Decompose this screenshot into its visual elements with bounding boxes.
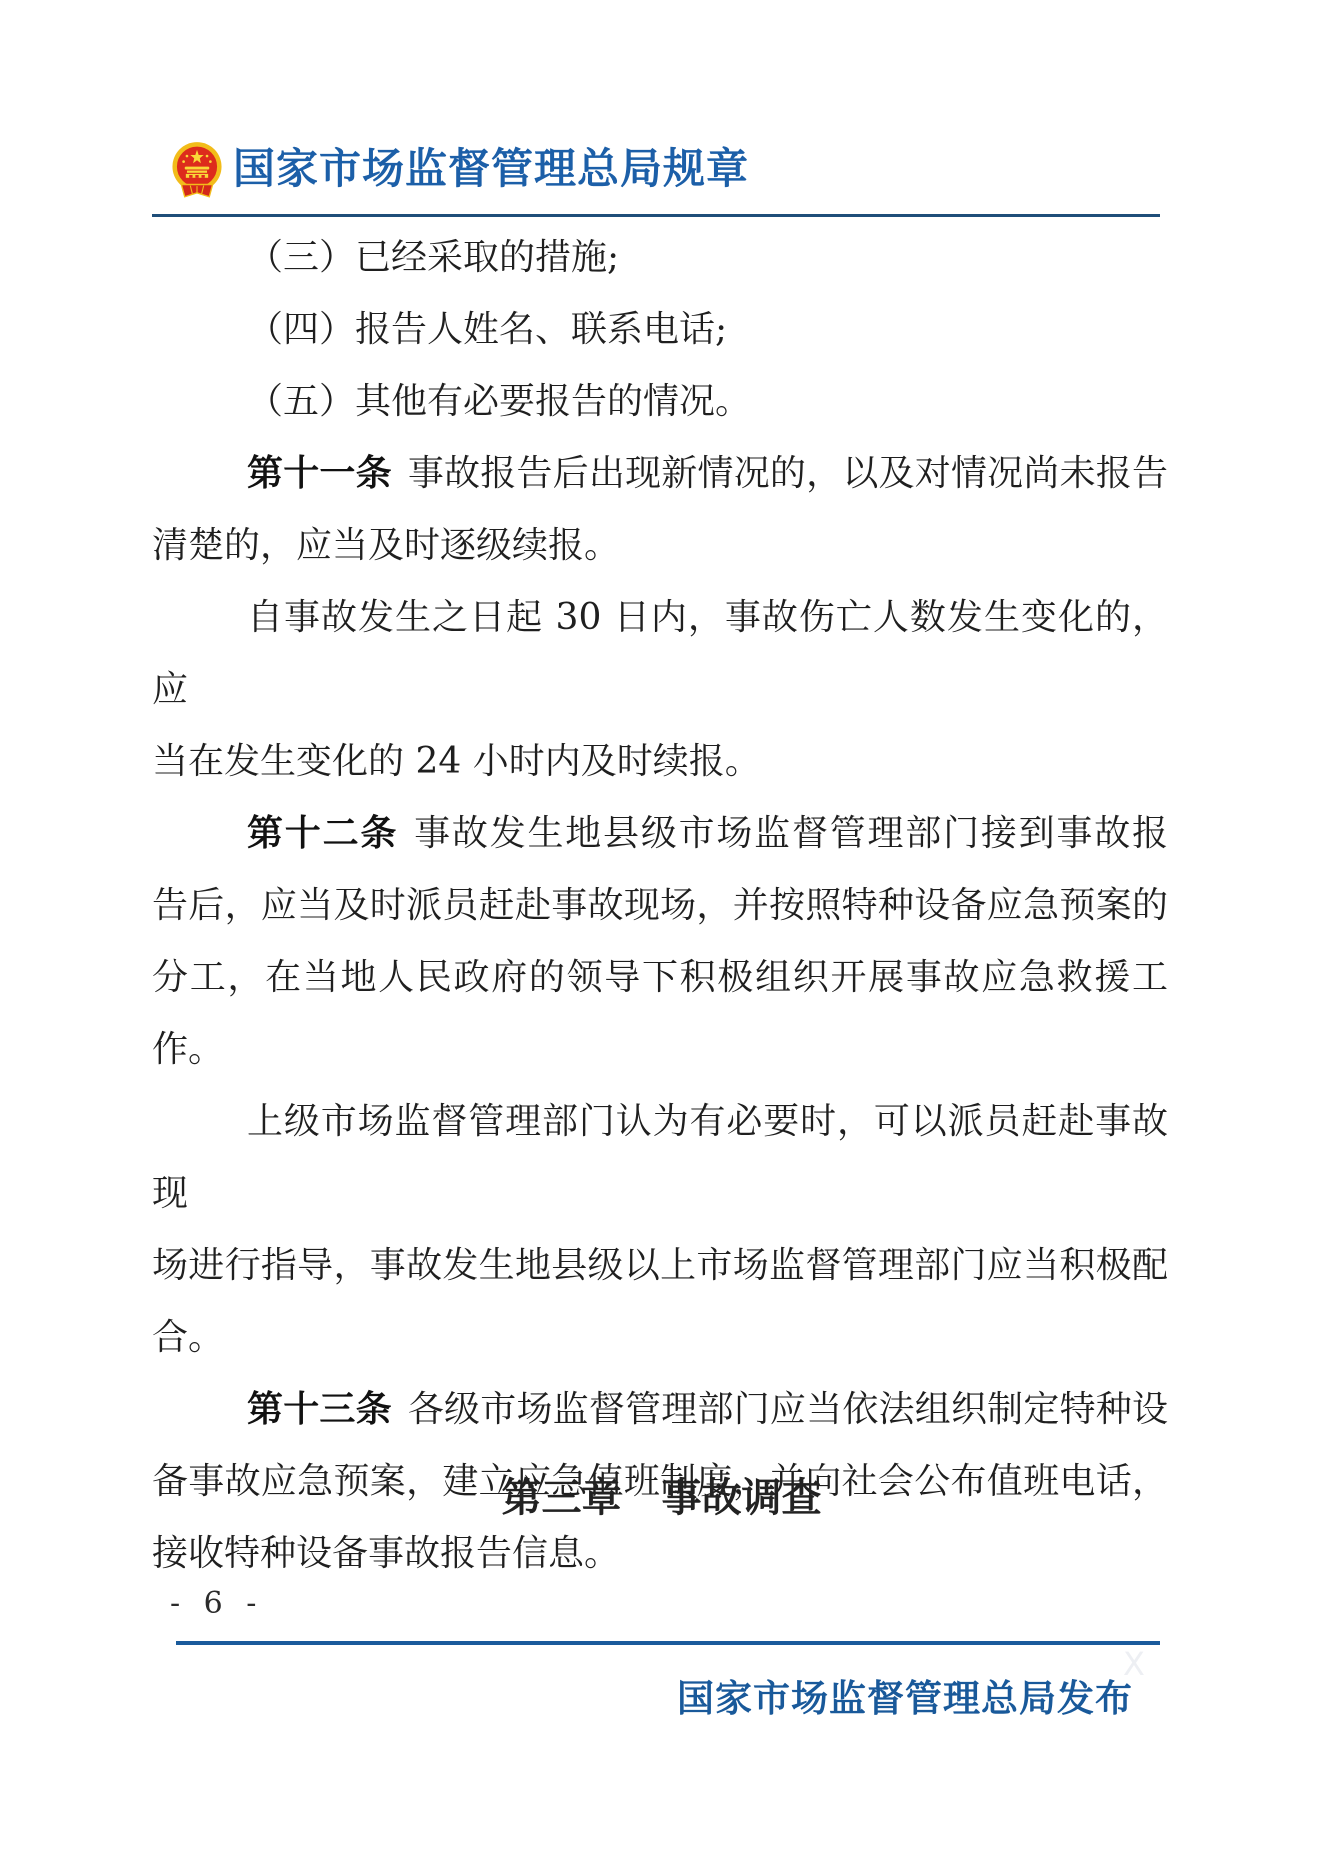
line-text: 清楚的，应当及时逐级续报。 <box>152 525 620 566</box>
line-text: 事故发生地县级市场监督管理部门接到事故报 <box>414 813 1168 854</box>
line-text: （四）报告人姓名、联系电话; <box>247 309 727 350</box>
line-text: 事故报告后出现新情况的，以及对情况尚未报告 <box>408 453 1168 494</box>
line-text: 接收特种设备事故报告信息。 <box>152 1533 620 1574</box>
body-line: 当在发生变化的 24 小时内及时续报。 <box>152 726 1168 798</box>
footer-rule <box>176 1641 1160 1645</box>
body-line: 第十三条各级市场监督管理部门应当依法组织制定特种设 <box>152 1374 1168 1446</box>
body-line: 作。 <box>152 1014 1168 1086</box>
page-title: 国家市场监督管理总局规章 <box>233 144 749 194</box>
body-line: 第十二条事故发生地县级市场监督管理部门接到事故报 <box>152 798 1168 870</box>
line-text: 自事故发生之日起 30 日内，事故伤亡人数发生变化的，应 <box>152 597 1168 710</box>
body-line: 合。 <box>152 1302 1168 1374</box>
body-line: 场进行指导，事故发生地县级以上市场监督管理部门应当积极配 <box>152 1230 1168 1302</box>
line-text: 分工，在当地人民政府的领导下积极组织开展事故应急救援工 <box>152 957 1168 998</box>
chapter-heading: 第三章 事故调查 <box>0 1472 1323 1524</box>
body-line: 清楚的，应当及时逐级续报。 <box>152 510 1168 582</box>
body-line: 分工，在当地人民政府的领导下积极组织开展事故应急救援工 <box>152 942 1168 1014</box>
header-rule <box>152 214 1160 217</box>
article-number: 第十三条 <box>247 1389 392 1430</box>
line-text: 各级市场监督管理部门应当依法组织制定特种设 <box>408 1389 1168 1430</box>
article-number: 第十二条 <box>247 813 398 854</box>
line-text: 告后，应当及时派员赶赴事故现场，并按照特种设备应急预案的 <box>152 885 1168 926</box>
line-text: 合。 <box>152 1317 224 1358</box>
line-text: 当在发生变化的 24 小时内及时续报。 <box>152 741 761 782</box>
page-number: - 6 - <box>170 1586 263 1621</box>
document-page: 国家市场监督管理总局规章 （三）已经采取的措施; （四）报告人姓名、联系电话; … <box>0 0 1323 1871</box>
article-number: 第十一条 <box>247 453 392 494</box>
line-text: （三）已经采取的措施; <box>247 237 619 278</box>
body-line: （三）已经采取的措施; <box>152 222 1168 294</box>
body-line: （五）其他有必要报告的情况。 <box>152 366 1168 438</box>
document-body: （三）已经采取的措施; （四）报告人姓名、联系电话; （五）其他有必要报告的情况… <box>152 222 1168 1590</box>
publisher-label: 国家市场监督管理总局发布 <box>677 1668 1133 1722</box>
body-line: 自事故发生之日起 30 日内，事故伤亡人数发生变化的，应 <box>152 582 1168 726</box>
body-line: 接收特种设备事故报告信息。 <box>152 1518 1168 1590</box>
line-text: 上级市场监督管理部门认为有必要时，可以派员赶赴事故现 <box>152 1101 1168 1214</box>
body-line: （四）报告人姓名、联系电话; <box>152 294 1168 366</box>
line-text: （五）其他有必要报告的情况。 <box>247 381 751 422</box>
line-text: 场进行指导，事故发生地县级以上市场监督管理部门应当积极配 <box>152 1245 1168 1286</box>
national-emblem-icon <box>169 141 225 199</box>
body-line: 第十一条事故报告后出现新情况的，以及对情况尚未报告 <box>152 438 1168 510</box>
line-text: 作。 <box>152 1029 224 1070</box>
body-line: 上级市场监督管理部门认为有必要时，可以派员赶赴事故现 <box>152 1086 1168 1230</box>
body-line: 告后，应当及时派员赶赴事故现场，并按照特种设备应急预案的 <box>152 870 1168 942</box>
